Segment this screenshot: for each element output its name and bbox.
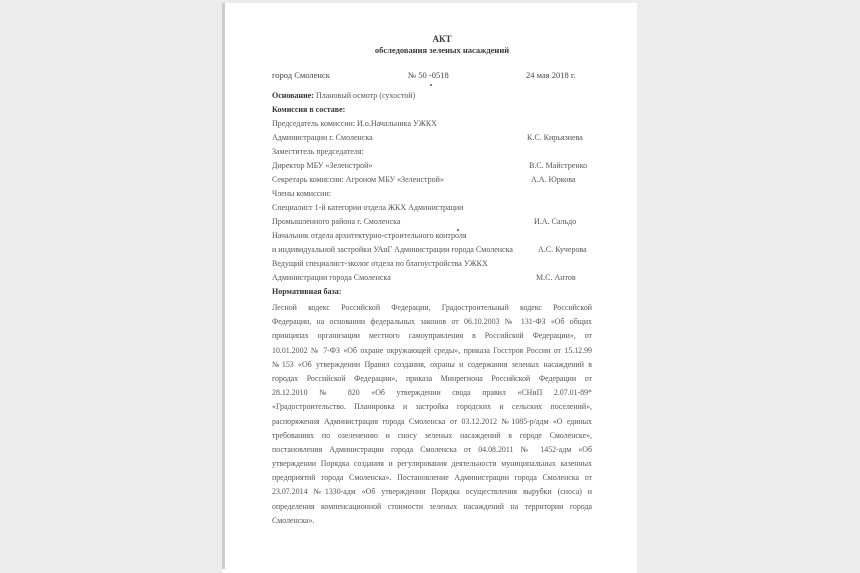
commission-heading: Комиссия в составе: [272, 104, 592, 118]
commission-member-line: Специалист 1-й категории отдела ЖКХ Адми… [272, 202, 592, 216]
document-date: 24 мая 2018 г. [526, 70, 576, 81]
commission-role: Промышленного района г. Смоленска [272, 217, 400, 226]
document-city: город Смоленск [272, 70, 330, 81]
commission-role: Председатель комиссии: И.о.Начальника УЖ… [272, 119, 437, 128]
normative-text-line: утверждении Порядка создания и регулиров… [272, 457, 592, 471]
normative-heading: Нормативная база: [272, 286, 592, 300]
commission-member-line: Администрации города СмоленскаМ.С. Антов [272, 272, 592, 286]
normative-text-line: Федерации, на основании федеральных зако… [272, 315, 592, 329]
commission-member-line: и индивидуальной застройки УАиГ Админист… [272, 244, 592, 258]
normative-text-line: 10.01.2002 № 7-ФЗ «Об охране окружающей … [272, 344, 592, 358]
commission-member-name: К.С. Кирьязиева [527, 132, 583, 143]
commission-member-line: Секретарь комиссии: Агроном МБУ «Зеленст… [272, 174, 592, 188]
commission-list: Председатель комиссии: И.о.Начальника УЖ… [272, 118, 592, 286]
commission-role: Специалист 1-й категории отдела ЖКХ Адми… [272, 203, 463, 212]
commission-role: Директор МБУ «Зеленстрой» [272, 161, 372, 170]
commission-member-name: А.А. Юркова [531, 174, 575, 185]
normative-text-line: распоряжения Администрация города Смолен… [272, 415, 592, 429]
normative-text-line: постановления Администрации города Смоле… [272, 443, 592, 457]
commission-member-line: Заместитель председателя: [272, 146, 592, 160]
normative-text-line: предприятий города Смоленска». Постановл… [272, 471, 592, 485]
commission-member-name: В.С. Майстренко [529, 160, 587, 171]
commission-member-line: Директор МБУ «Зеленстрой»В.С. Майстренко [272, 160, 592, 174]
commission-role: Заместитель председателя: [272, 147, 364, 156]
commission-role: и индивидуальной застройки УАиГ Админист… [272, 245, 513, 254]
document-number: № 50 -0518 [408, 70, 449, 81]
commission-role: Ведущий специалист-эколог отдела по благ… [272, 259, 488, 268]
commission-role: Начальник отдела архитектурно-строительн… [272, 231, 467, 240]
commission-member-name: М.С. Антов [536, 272, 576, 283]
scan-speck [457, 229, 459, 231]
commission-member-line: Председатель комиссии: И.о.Начальника УЖ… [272, 118, 592, 132]
commission-member-line: Члены комиссии: [272, 188, 592, 202]
page-edge-shadow [222, 3, 225, 569]
commission-role: Члены комиссии: [272, 189, 331, 198]
commission-member-line: Ведущий специалист-эколог отдела по благ… [272, 258, 592, 272]
normative-text-line: №153 «Об утверждении Правил создания, ох… [272, 358, 592, 372]
basis-label: Основание: [272, 91, 314, 100]
basis-line: Основание: Плановый осмотр (сухостой) [272, 90, 592, 104]
commission-role: Администрации города Смоленска [272, 273, 391, 282]
commission-member-name: И.А. Сальдо [534, 216, 576, 227]
commission-member-name: А.С. Кучерова [538, 244, 587, 255]
normative-text-line: городах Российской Федерации», приказа М… [272, 372, 592, 386]
normative-text-line: Смоленска». [272, 514, 592, 528]
document-title: АКТ [292, 34, 592, 45]
commission-role: Администрации г. Смоленска [272, 133, 373, 142]
commission-member-line: Промышленного района г. СмоленскаИ.А. Са… [272, 216, 592, 230]
document-header-row: город Смоленск № 50 -0518 24 мая 2018 г. [272, 70, 592, 82]
commission-member-line: Администрации г. СмоленскаК.С. Кирьязиев… [272, 132, 592, 146]
normative-text-line: принципах организации местного самоуправ… [272, 329, 592, 343]
normative-text-line: 23.07.2014 №1330-адм «Об утверждении Пор… [272, 485, 592, 499]
normative-text: Лесной кодекс Российской Федерации, Град… [272, 301, 592, 528]
commission-label: Комиссия в составе: [272, 105, 345, 114]
normative-label: Нормативная база: [272, 287, 341, 296]
normative-text-line: «Градостроительство. Планировка и застро… [272, 400, 592, 414]
scan-speck [430, 84, 432, 86]
basis-value: Плановый осмотр (сухостой) [314, 91, 415, 100]
normative-text-line: Лесной кодекс Российской Федерации, Град… [272, 301, 592, 315]
normative-text-line: требованиях по озеленению и сносу зелены… [272, 429, 592, 443]
document-subtitle: обследования зеленых насаждений [292, 45, 592, 56]
commission-role: Секретарь комиссии: Агроном МБУ «Зеленст… [272, 175, 444, 184]
commission-member-line: Начальник отдела архитектурно-строительн… [272, 230, 592, 244]
normative-text-line: 28.12.2010 № 820 «Об утверждении свода п… [272, 386, 592, 400]
normative-text-line: определения компенсационной стоимости зе… [272, 500, 592, 514]
act-document: АКТ обследования зеленых насаждений горо… [272, 34, 592, 528]
